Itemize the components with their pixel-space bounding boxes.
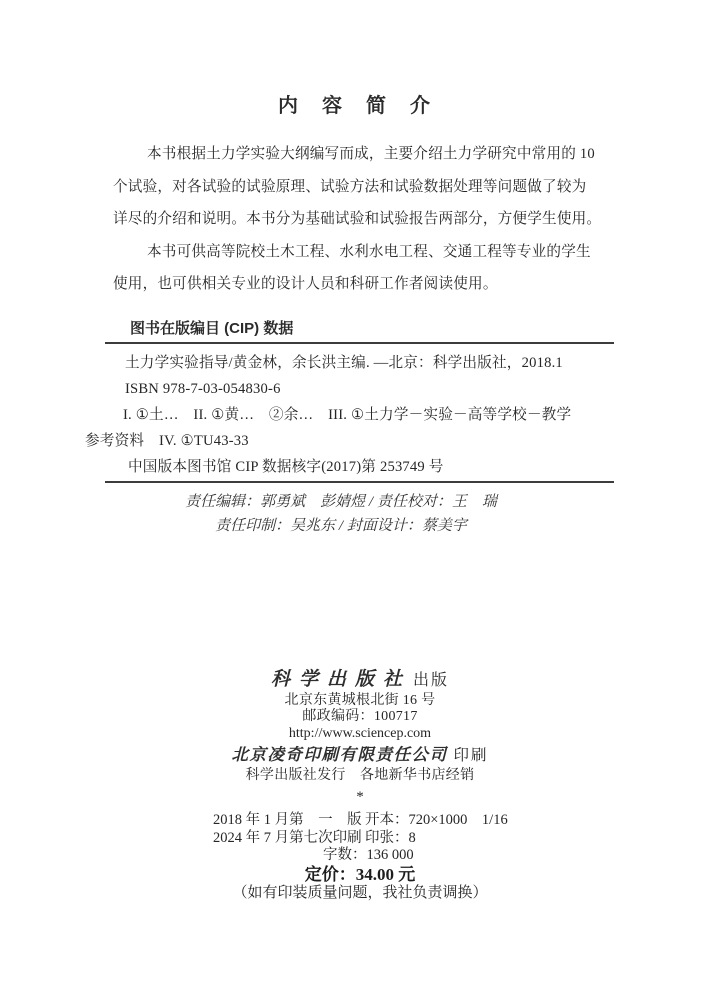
staff-editors-line: 责任编辑：郭勇斌 彭婧煜 / 责任校对：王 瑞 [85, 490, 597, 514]
copyright-page: 内 容 简 介 本书根据土力学实验大纲编写而成，主要介绍土力学研究中常用的 10… [0, 0, 720, 1000]
intro-line: 详尽的介绍和说明。本书分为基础试验和试验报告两部分，方便学生使用。 [113, 203, 613, 236]
edition-row-first: 2018 年 1 月第 一 版 开本：720×1000 1/16 [213, 812, 543, 830]
intro-line: 本书可供高等院校土木工程、水利水电工程、交通工程等专业的学生 [113, 236, 613, 269]
distribution-line: 科学出版社发行 各地新华书店经销 [0, 768, 720, 784]
intro-title: 内 容 简 介 [113, 93, 597, 119]
intro-line: 本书根据土力学实验大纲编写而成，主要介绍土力学研究中常用的 10 [113, 138, 613, 171]
press-postcode: 邮政编码：100717 [0, 709, 720, 726]
edition-row-printrun: 2024 年 7 月第七次印刷 印张：8 [213, 830, 543, 848]
edition-block: 2018 年 1 月第 一 版 开本：720×1000 1/16 2024 年 … [213, 812, 543, 865]
printer-name-script: 北京凌奇印刷有限责任公司 [231, 745, 447, 764]
intro-body: 本书根据土力学实验大纲编写而成，主要介绍土力学研究中常用的 10 个试验，对各试… [0, 138, 720, 301]
publisher-block: 科学出版社出版 北京东黄城根北街 16 号 邮政编码：100717 http:/… [0, 668, 720, 805]
cip-heading: 图书在版编目 (CIP) 数据 [130, 318, 720, 340]
cip-title-line: 土力学实验指导/黄金林，余长洪主编. —北京：科学出版社，2018.1 [85, 350, 605, 376]
intro-line: 个试验，对各试验的试验原理、试验方法和试验数据处理等问题做了较为 [113, 171, 613, 204]
printed-sheets: 印张：8 [365, 830, 416, 848]
cip-classification-wrap-line: 参考资料 IV. ①TU43-33 [85, 428, 605, 454]
cip-rule-bottom [105, 481, 614, 483]
cip-record-number-line: 中国版本图书馆 CIP 数据核字(2017)第 253749 号 [85, 454, 605, 480]
press-line: 科学出版社出版 [0, 668, 720, 693]
price-line: 定价：34.00 元 [0, 865, 720, 884]
print-run-date: 2024 年 7 月第七次印刷 [213, 830, 365, 848]
press-website: http://www.sciencep.com [0, 726, 720, 743]
press-publish-label: 出版 [413, 672, 449, 689]
printer-label: 印刷 [453, 747, 488, 764]
press-name-script: 科学出版社 [271, 669, 411, 690]
printer-line: 北京凌奇印刷有限责任公司印刷 [0, 744, 720, 766]
separator-star: * [0, 790, 720, 804]
intro-line: 使用，也可供相关专业的设计人员和科研工作者阅读使用。 [113, 268, 613, 301]
cip-classification-line: I. ①土… II. ①黄… ②余… III. ①土力学－实验－高等学校－教学 [85, 402, 605, 428]
staff-block: 责任编辑：郭勇斌 彭婧煜 / 责任校对：王 瑞 责任印制：吴兆东 / 封面设计：… [0, 490, 720, 538]
cip-isbn-line: ISBN 978-7-03-054830-6 [85, 376, 605, 402]
staff-printing-line: 责任印制：吴兆东 / 封面设计：蔡美宇 [85, 514, 597, 538]
quality-notice: （如有印装质量问题，我社负责调换） [0, 884, 720, 903]
press-address: 北京东黄城根北街 16 号 [0, 693, 720, 710]
cip-body: 土力学实验指导/黄金林，余长洪主编. —北京：科学出版社，2018.1 ISBN… [0, 350, 720, 480]
cip-rule-top [105, 342, 614, 344]
word-count: 字数：136 000 [213, 847, 543, 865]
first-edition-date: 2018 年 1 月第 一 版 [213, 812, 365, 830]
book-format: 开本：720×1000 1/16 [365, 812, 508, 830]
